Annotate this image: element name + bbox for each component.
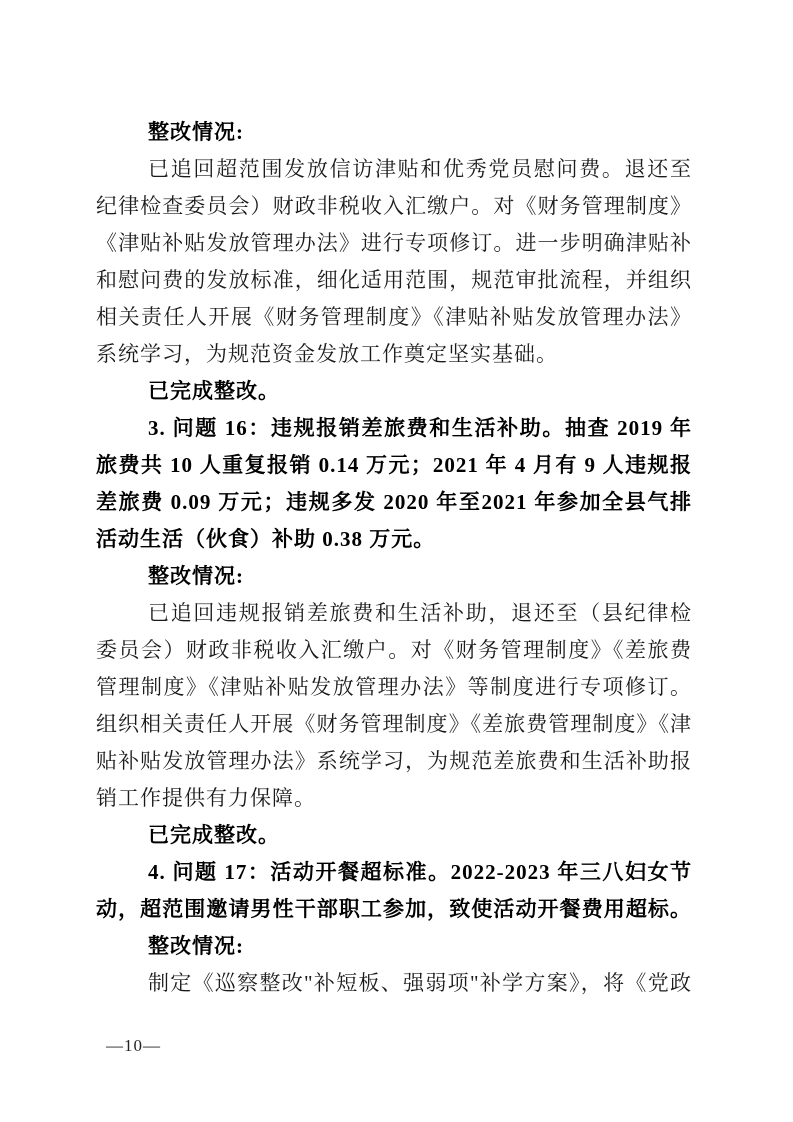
text-line: 贴补贴发放管理办法》系统学习，为规范差旅费和生活补助报 — [96, 743, 692, 780]
text-line: 整改情况: — [96, 928, 692, 965]
text-line: 已追回违规报销差旅费和生活补助，退还至（县纪律检查 — [96, 595, 692, 632]
text-line: 相关责任人开展《财务管理制度》《津贴补贴发放管理办法》 — [96, 299, 692, 336]
text-line: 和慰问费的发放标准，细化适用范围，规范审批流程，并组织 — [96, 262, 692, 299]
text-line: 制定《巡察整改"补短板、强弱项"补学方案》，将《党政 — [96, 965, 692, 1002]
text-line: 动，超范围邀请男性干部职工参加，致使活动开餐费用超标。 — [96, 891, 692, 928]
text-line: 3. 问题 16：违规报销差旅费和生活补助。抽查 2019 年差 — [96, 410, 692, 447]
text-line: 委员会）财政非税收入汇缴户。对《财务管理制度》《差旅费 — [96, 632, 692, 669]
document-page: 整改情况:已追回超范围发放信访津贴和优秀党员慰问费。退还至（县纪律检查委员会）财… — [0, 0, 793, 1122]
text-line: 整改情况: — [96, 114, 692, 151]
text-line: 差旅费 0.09 万元；违规多发 2020 年至2021 年参加全县气排球 — [96, 484, 692, 521]
text-line: 组织相关责任人开展《财务管理制度》《差旅费管理制度》《津 — [96, 706, 692, 743]
document-body: 整改情况:已追回超范围发放信访津贴和优秀党员慰问费。退还至（县纪律检查委员会）财… — [96, 114, 692, 1002]
text-line: 管理制度》《津贴补贴发放管理办法》等制度进行专项修订。 — [96, 669, 692, 706]
text-line: 旅费共 10 人重复报销 0.14 万元；2021 年 4 月有 9 人违规报销 — [96, 447, 692, 484]
text-line: 销工作提供有力保障。 — [96, 780, 692, 817]
text-line: 4. 问题 17：活动开餐超标准。2022-2023 年三八妇女节活 — [96, 854, 692, 891]
text-line: 活动生活（伙食）补助 0.38 万元。 — [96, 521, 692, 558]
text-line: 《津贴补贴发放管理办法》进行专项修订。进一步明确津贴补贴 — [96, 225, 692, 262]
page-number: —10— — [106, 1036, 161, 1056]
text-line: 纪律检查委员会）财政非税收入汇缴户。对《财务管理制度》 — [96, 188, 692, 225]
text-line: 已完成整改。 — [96, 817, 692, 854]
text-line: 已完成整改。 — [96, 373, 692, 410]
text-line: 整改情况: — [96, 558, 692, 595]
text-line: 已追回超范围发放信访津贴和优秀党员慰问费。退还至（县 — [96, 151, 692, 188]
text-line: 系统学习，为规范资金发放工作奠定坚实基础。 — [96, 336, 692, 373]
